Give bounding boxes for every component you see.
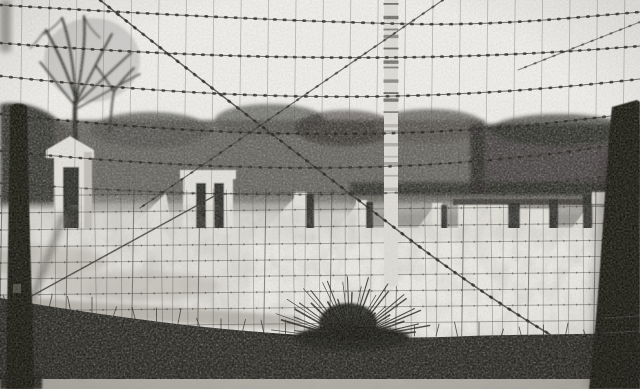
- vignette: [0, 0, 640, 389]
- photo-canvas: [0, 0, 640, 389]
- photo-frame: [0, 0, 640, 389]
